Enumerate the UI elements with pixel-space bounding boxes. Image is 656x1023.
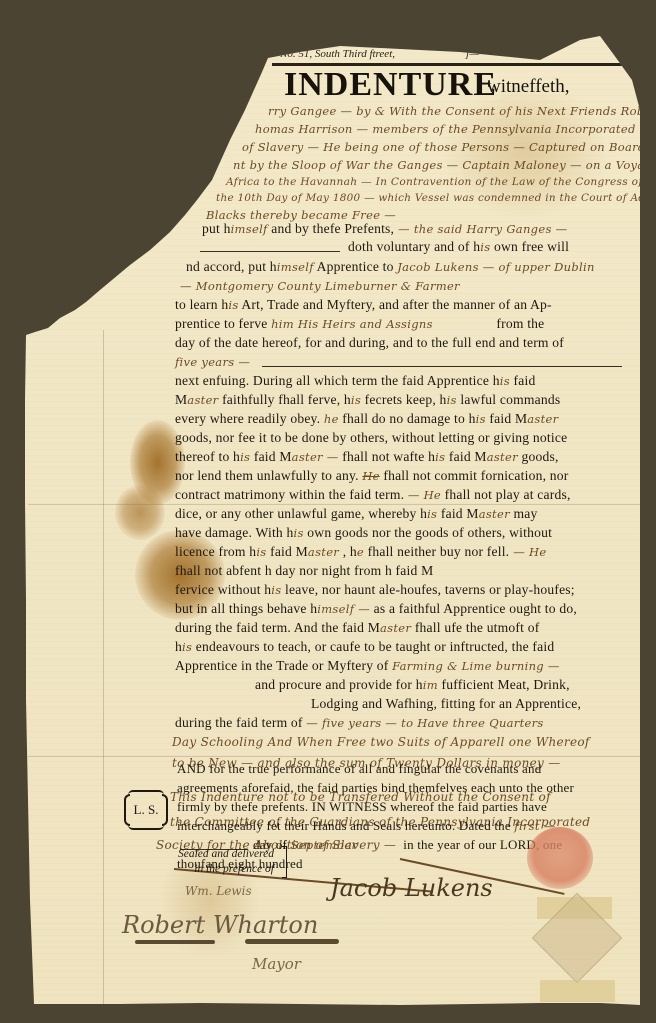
covenant-line: agreements aforefaid, the faid parties b…	[177, 777, 574, 798]
mayor-title: Mayor	[252, 955, 301, 973]
locus-sigilli-box: L. S.	[128, 790, 164, 830]
covenant-line: AND for the true performance of all and …	[177, 758, 541, 779]
tape-strip	[540, 980, 615, 1002]
covenant-line: firmly by thefe prefents. IN WITNESS whe…	[177, 796, 547, 817]
signature-witness: Wm. Lewis	[185, 884, 252, 898]
wax-seal	[527, 827, 593, 889]
signature-master: Jacob Lukens	[330, 874, 493, 902]
signature-underline	[245, 939, 339, 944]
sealed-delivered: Sealed and delivered in the prefence of	[178, 847, 274, 877]
signature-underline	[135, 940, 215, 944]
signature-mayor: Robert Wharton	[122, 911, 318, 939]
brace	[282, 846, 287, 878]
